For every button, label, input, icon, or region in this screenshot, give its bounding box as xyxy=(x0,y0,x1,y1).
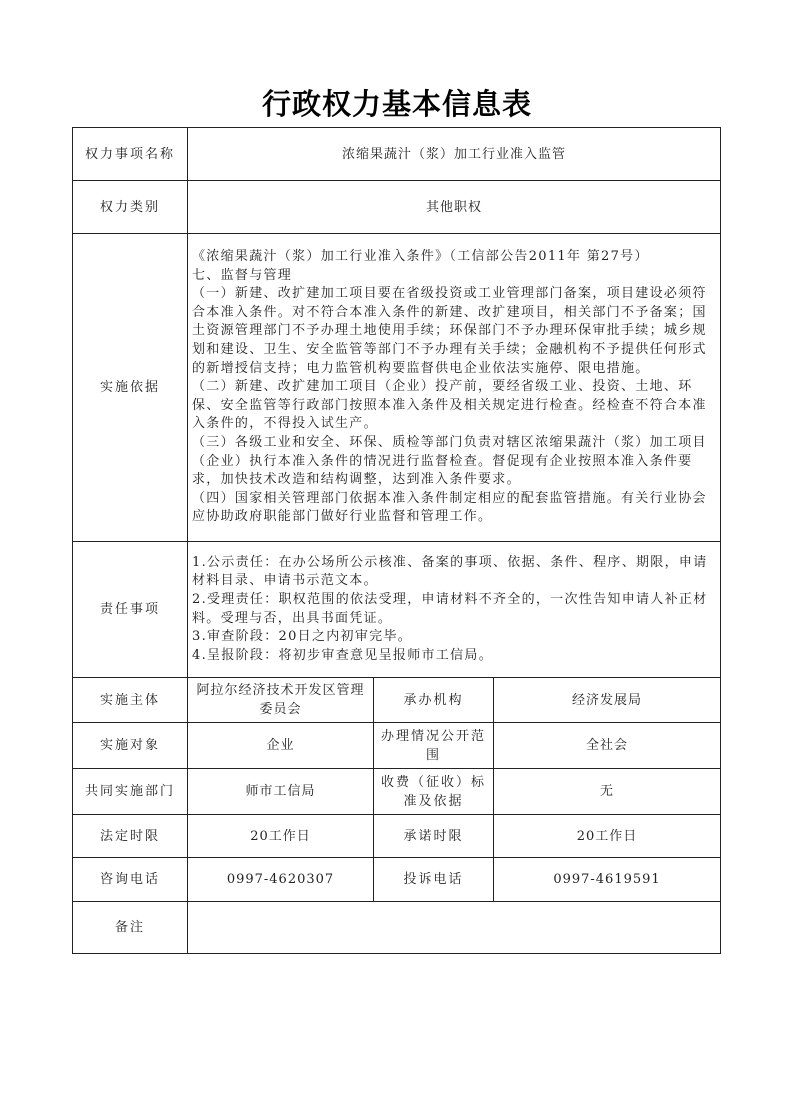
row-responsibility: 责任事项 1.公示责任：在办公场所公示核准、备案的事项、依据、条件、程序、期限，… xyxy=(73,542,721,678)
joint-department-label: 共同实施部门 xyxy=(73,769,188,815)
promised-time-limit-value: 20工作日 xyxy=(494,815,721,858)
handling-agency-label: 承办机构 xyxy=(374,678,494,723)
handling-agency-value: 经济发展局 xyxy=(494,678,721,723)
row-basis: 实施依据 《浓缩果蔬汁（浆）加工行业准入条件》（工信部公告2011年 第27号）… xyxy=(73,234,721,542)
basis-label: 实施依据 xyxy=(73,234,188,542)
legal-time-limit-label: 法定时限 xyxy=(73,815,188,858)
page-title: 行政权力基本信息表 xyxy=(0,82,794,123)
consult-phone-label: 咨询电话 xyxy=(73,858,188,902)
remarks-value xyxy=(188,902,721,954)
implementing-body-label: 实施主体 xyxy=(73,678,188,723)
remarks-label: 备注 xyxy=(73,902,188,954)
promised-time-limit-label: 承诺时限 xyxy=(374,815,494,858)
power-name-label: 权力事项名称 xyxy=(73,128,188,181)
basis-paragraph: 《浓缩果蔬汁（浆）加工行业准入条件》（工信部公告2011年 第27号） xyxy=(192,248,717,267)
basis-paragraph: 七、监督与管理 xyxy=(192,267,717,286)
power-category-label: 权力类别 xyxy=(73,181,188,234)
complaint-phone-value: 0997-4619591 xyxy=(494,858,721,902)
row-phones: 咨询电话 0997-4620307 投诉电话 0997-4619591 xyxy=(73,858,721,902)
row-power-category: 权力类别 其他职权 xyxy=(73,181,721,234)
responsibility-item: 4.呈报阶段：将初步审查意见呈报师市工信局。 xyxy=(192,647,717,666)
power-name-value: 浓缩果蔬汁（浆）加工行业准入监管 xyxy=(188,128,721,181)
basis-paragraph: （四）国家相关管理部门依据本准入条件制定相应的配套监管措施。有关行业协会应协助政… xyxy=(192,490,717,527)
complaint-phone-label: 投诉电话 xyxy=(374,858,494,902)
responsibility-content: 1.公示责任：在办公场所公示核准、备案的事项、依据、条件、程序、期限，申请材料目… xyxy=(188,542,721,678)
responsibility-item: 2.受理责任：职权范围的依法受理，申请材料不齐全的，一次性告知申请人补正材料。受… xyxy=(192,591,717,628)
responsibility-item: 1.公示责任：在办公场所公示核准、备案的事项、依据、条件、程序、期限，申请材料目… xyxy=(192,554,717,591)
row-remarks: 备注 xyxy=(73,902,721,954)
fee-standard-label: 收费（征收）标准及依据 xyxy=(374,769,494,815)
power-category-value: 其他职权 xyxy=(188,181,721,234)
disclosure-scope-value: 全社会 xyxy=(494,723,721,769)
basis-paragraph: （三）各级工业和安全、环保、质检等部门负责对辖区浓缩果蔬汁（浆）加工项目（企业）… xyxy=(192,434,717,490)
basis-paragraph: （二）新建、改扩建加工项目（企业）投产前，要经省级工业、投资、土地、环保、安全监… xyxy=(192,378,717,434)
consult-phone-value: 0997-4620307 xyxy=(188,858,374,902)
row-joint-department: 共同实施部门 师市工信局 收费（征收）标准及依据 无 xyxy=(73,769,721,815)
row-time-limit: 法定时限 20工作日 承诺时限 20工作日 xyxy=(73,815,721,858)
implementing-body-value: 阿拉尔经济技术开发区管理委员会 xyxy=(188,678,374,723)
responsibility-item: 3.审查阶段：20日之内初审完毕。 xyxy=(192,628,717,647)
joint-department-value: 师市工信局 xyxy=(188,769,374,815)
basis-paragraph: （一）新建、改扩建加工项目要在省级投资或工业管理部门备案，项目建设必须符合本准入… xyxy=(192,285,717,378)
basis-content: 《浓缩果蔬汁（浆）加工行业准入条件》（工信部公告2011年 第27号） 七、监督… xyxy=(188,234,721,542)
target-label: 实施对象 xyxy=(73,723,188,769)
disclosure-scope-label: 办理情况公开范围 xyxy=(374,723,494,769)
row-power-name: 权力事项名称 浓缩果蔬汁（浆）加工行业准入监管 xyxy=(73,128,721,181)
fee-standard-value: 无 xyxy=(494,769,721,815)
target-value: 企业 xyxy=(188,723,374,769)
responsibility-label: 责任事项 xyxy=(73,542,188,678)
row-target: 实施对象 企业 办理情况公开范围 全社会 xyxy=(73,723,721,769)
row-implementing-body: 实施主体 阿拉尔经济技术开发区管理委员会 承办机构 经济发展局 xyxy=(73,678,721,723)
power-info-table: 权力事项名称 浓缩果蔬汁（浆）加工行业准入监管 权力类别 其他职权 实施依据 《… xyxy=(72,127,721,954)
legal-time-limit-value: 20工作日 xyxy=(188,815,374,858)
